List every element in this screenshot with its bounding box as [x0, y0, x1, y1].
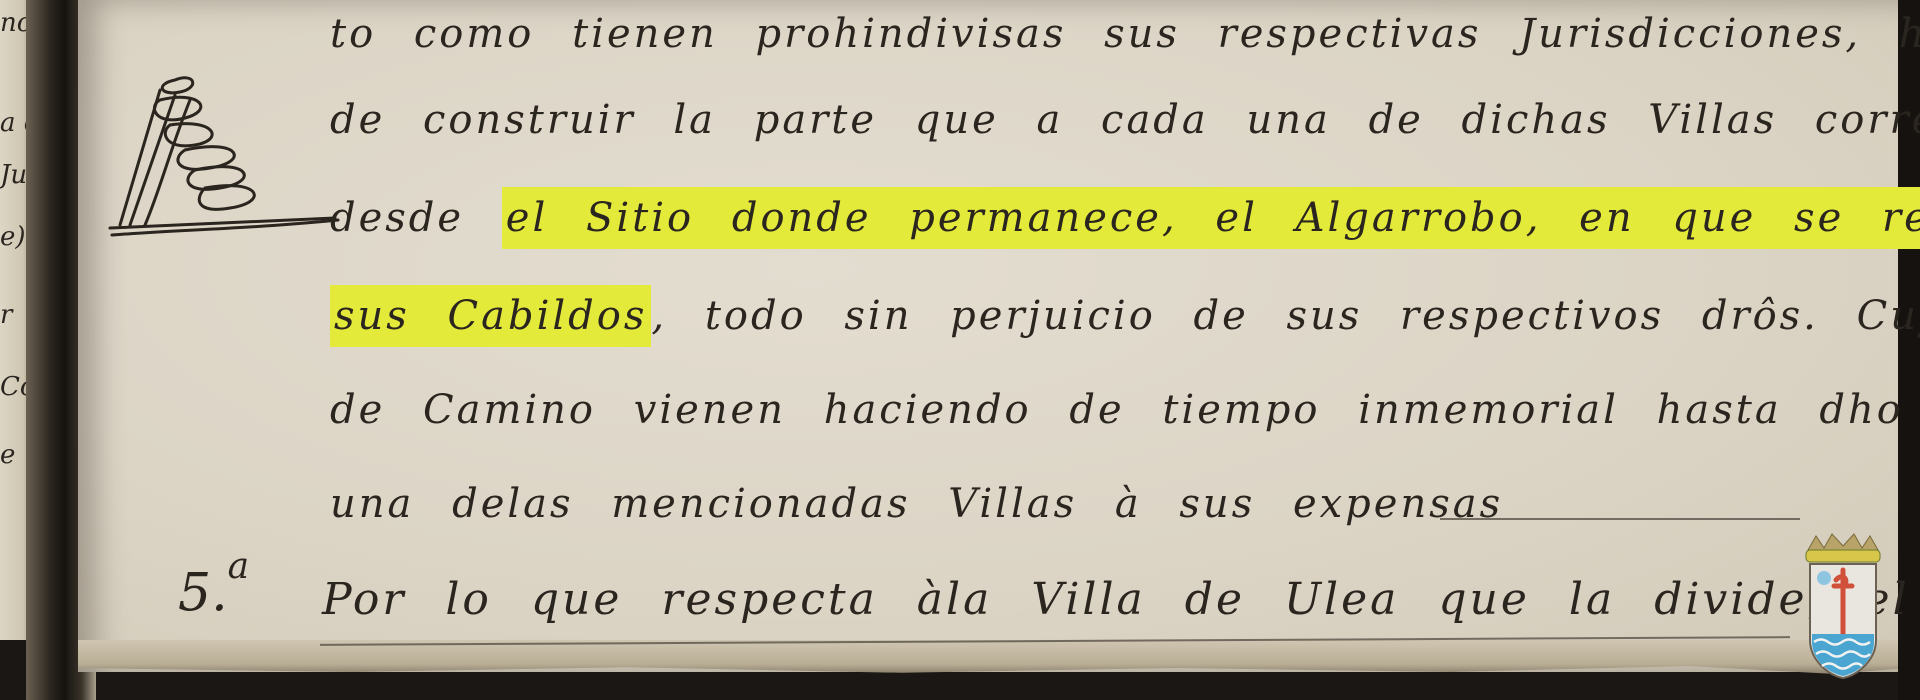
- facing-page-text: e: [0, 440, 15, 470]
- page-torn-edge: [78, 640, 1908, 680]
- manuscript-line-4: sus Cabildos, todo sin perjuicio de sus …: [330, 296, 1920, 336]
- highlighted-text: sus Cabildos: [330, 285, 651, 347]
- rubric-signature-icon: [100, 70, 340, 250]
- facing-page-text: e): [0, 222, 26, 252]
- manuscript-line-7: Por lo que respecta àla Villa de Ulea qu…: [322, 578, 1910, 622]
- manuscript-line-5: de Camino vienen haciendo de tiempo inme…: [330, 390, 1920, 430]
- manuscript-line-1: to como tienen prohindivisas sus respect…: [330, 14, 1920, 54]
- line-text: Por lo que respecta àla Villa de Ulea qu…: [322, 574, 1910, 625]
- line-text: de construir la parte que a cada una de …: [330, 97, 1920, 143]
- line-text: desde: [330, 195, 502, 241]
- coat-of-arms-icon: [1798, 530, 1888, 680]
- highlighted-text: el Sitio donde permanece, el Algarrobo, …: [502, 187, 1920, 249]
- paragraph-ordinal: a: [228, 546, 249, 587]
- line-text: to como tienen prohindivisas sus respect…: [330, 11, 1920, 57]
- paragraph-number: 5.: [178, 563, 228, 623]
- manuscript-line-6: una delas mencionadas Villas à sus expen…: [330, 484, 1503, 524]
- manuscript-line-2: de construir la parte que a cada una de …: [330, 100, 1920, 140]
- facing-page-text: r: [0, 300, 12, 330]
- line-text: , todo sin perjuicio de sus respectivos …: [651, 293, 1920, 339]
- margin-paragraph-number: 5.a: [178, 560, 249, 623]
- line-text: de Camino vienen haciendo de tiempo inme…: [330, 387, 1920, 433]
- manuscript-line-3: desde el Sitio donde permanece, el Algar…: [330, 198, 1920, 238]
- line-filler-rule: [1440, 518, 1800, 520]
- line-text: una delas mencionadas Villas à sus expen…: [330, 481, 1503, 527]
